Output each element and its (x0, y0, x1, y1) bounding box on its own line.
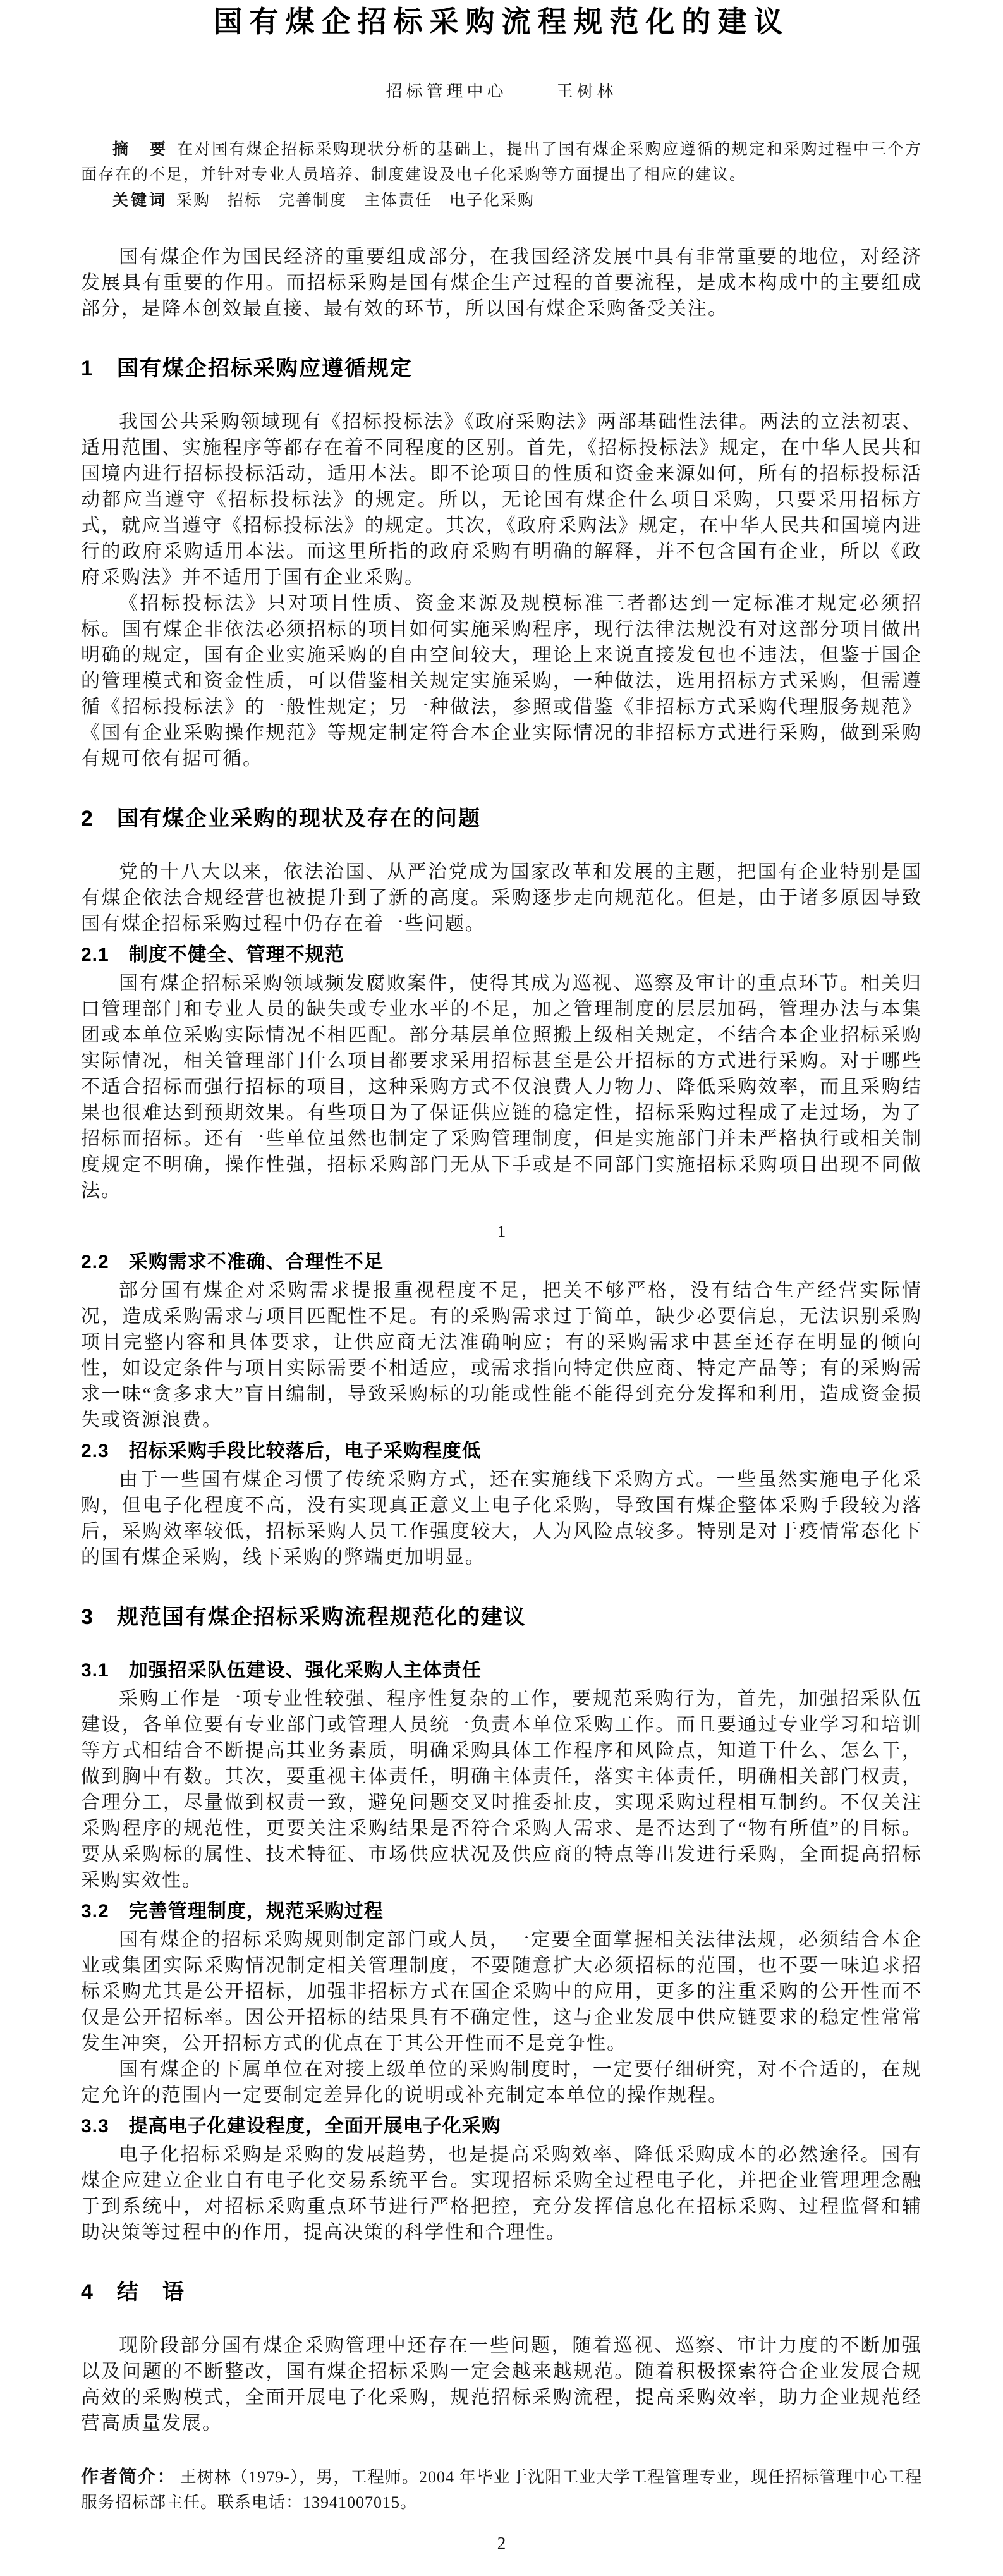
abstract-text: 在对国有煤企招标采购现状分析的基础上，提出了国有煤企采购应遵循的规定和采购过程中… (81, 141, 922, 183)
section-2-3-paragraph: 由于一些国有煤企习惯了传统采购方式，还在实施线下采购方式。一些虽然实施电子化采购… (81, 1467, 922, 1570)
section-3-3-heading: 3.3 提高电子化建设程度，全面开展电子化采购 (81, 2113, 922, 2139)
abstract-paragraph: 摘 要在对国有煤企招标采购现状分析的基础上，提出了国有煤企采购应遵循的规定和采购… (81, 137, 922, 188)
byline: 招标管理中心王树林 (81, 81, 922, 102)
keywords-text: 采购 招标 完善制度 主体责任 电子化采购 (176, 192, 535, 209)
section-1-paragraph-1: 我国公共采购领域现有《招标投标法》《政府采购法》两部基础性法律。两法的立法初衷、… (81, 409, 922, 590)
section-2-heading: 2 国有煤企业采购的现状及存在的问题 (81, 805, 922, 833)
intro-paragraph: 国有煤企作为国民经济的重要组成部分，在我国经济发展中具有非常重要的地位，对经济发… (81, 244, 922, 322)
section-2-lead-paragraph: 党的十八大以来，依法治国、从严治党成为国家改革和发展的主题，把国有企业特别是国有… (81, 859, 922, 937)
section-3-heading: 3 规范国有煤企招标采购流程规范化的建议 (81, 1603, 922, 1631)
author-bio-text: 王树林（1979-），男，工程师。2004 年毕业于沈阳工业大学工程管理专业，现… (81, 2468, 922, 2512)
section-3-2-paragraph-2: 国有煤企的下属单位在对接上级单位的采购制度时，一定要仔细研究，对不合适的，在规定… (81, 2056, 922, 2108)
section-3-1-heading: 3.1 加强招采队伍建设、强化采购人主体责任 (81, 1657, 922, 1683)
section-3-2-paragraph-1: 国有煤企的招标采购规则制定部门或人员，一定要全面掌握相关法律法规，必须结合本企业… (81, 1927, 922, 2056)
section-2-2-paragraph: 部分国有煤企对采购需求提报重视程度不足，把关不够严格，没有结合生产经营实际情况，… (81, 1278, 922, 1433)
document-page: 国有煤企招标采购流程规范化的建议 招标管理中心王树林 摘 要在对国有煤企招标采购… (0, 0, 1003, 2576)
author-bio: 作者简介：王树林（1979-），男，工程师。2004 年毕业于沈阳工业大学工程管… (81, 2464, 922, 2515)
section-3-1-paragraph: 采购工作是一项专业性较强、程序性复杂的工作，要规范采购行为，首先，加强招采队伍建… (81, 1686, 922, 1893)
section-4-paragraph: 现阶段部分国有煤企采购管理中还存在一些问题，随着巡视、巡察、审计力度的不断加强以… (81, 2333, 922, 2436)
section-3-3-paragraph: 电子化招标采购是采购的发展趋势，也是提高采购效率、降低采购成本的必然途径。国有煤… (81, 2142, 922, 2245)
byline-author: 王树林 (557, 82, 617, 101)
page-number-2: 2 (81, 2532, 922, 2555)
abstract-label: 摘 要 (112, 140, 168, 158)
section-1-paragraph-2: 《招标投标法》只对项目性质、资金来源及规模标准三者都达到一定标准才规定必须招标。… (81, 590, 922, 772)
author-bio-label: 作者简介： (81, 2467, 176, 2486)
section-2-1-heading: 2.1 制度不健全、管理不规范 (81, 942, 922, 968)
section-4-heading: 4 结 语 (81, 2278, 922, 2306)
section-2-3-heading: 2.3 招标采购手段比较落后，电子采购程度低 (81, 1438, 922, 1464)
section-2-1-paragraph: 国有煤企招标采购领域频发腐败案件，使得其成为巡视、巡察及审计的重点环节。相关归口… (81, 970, 922, 1204)
keywords-label: 关键词 (112, 192, 167, 209)
document-title: 国有煤企招标采购流程规范化的建议 (81, 5, 922, 38)
section-2-2-heading: 2.2 采购需求不准确、合理性不足 (81, 1249, 922, 1275)
keywords-paragraph: 关键词采购 招标 完善制度 主体责任 电子化采购 (81, 188, 922, 214)
section-3-2-heading: 3.2 完善管理制度，规范采购过程 (81, 1898, 922, 1924)
page-number-1: 1 (81, 1220, 922, 1243)
section-1-heading: 1 国有煤企招标采购应遵循规定 (81, 355, 922, 382)
byline-department: 招标管理中心 (386, 82, 507, 101)
